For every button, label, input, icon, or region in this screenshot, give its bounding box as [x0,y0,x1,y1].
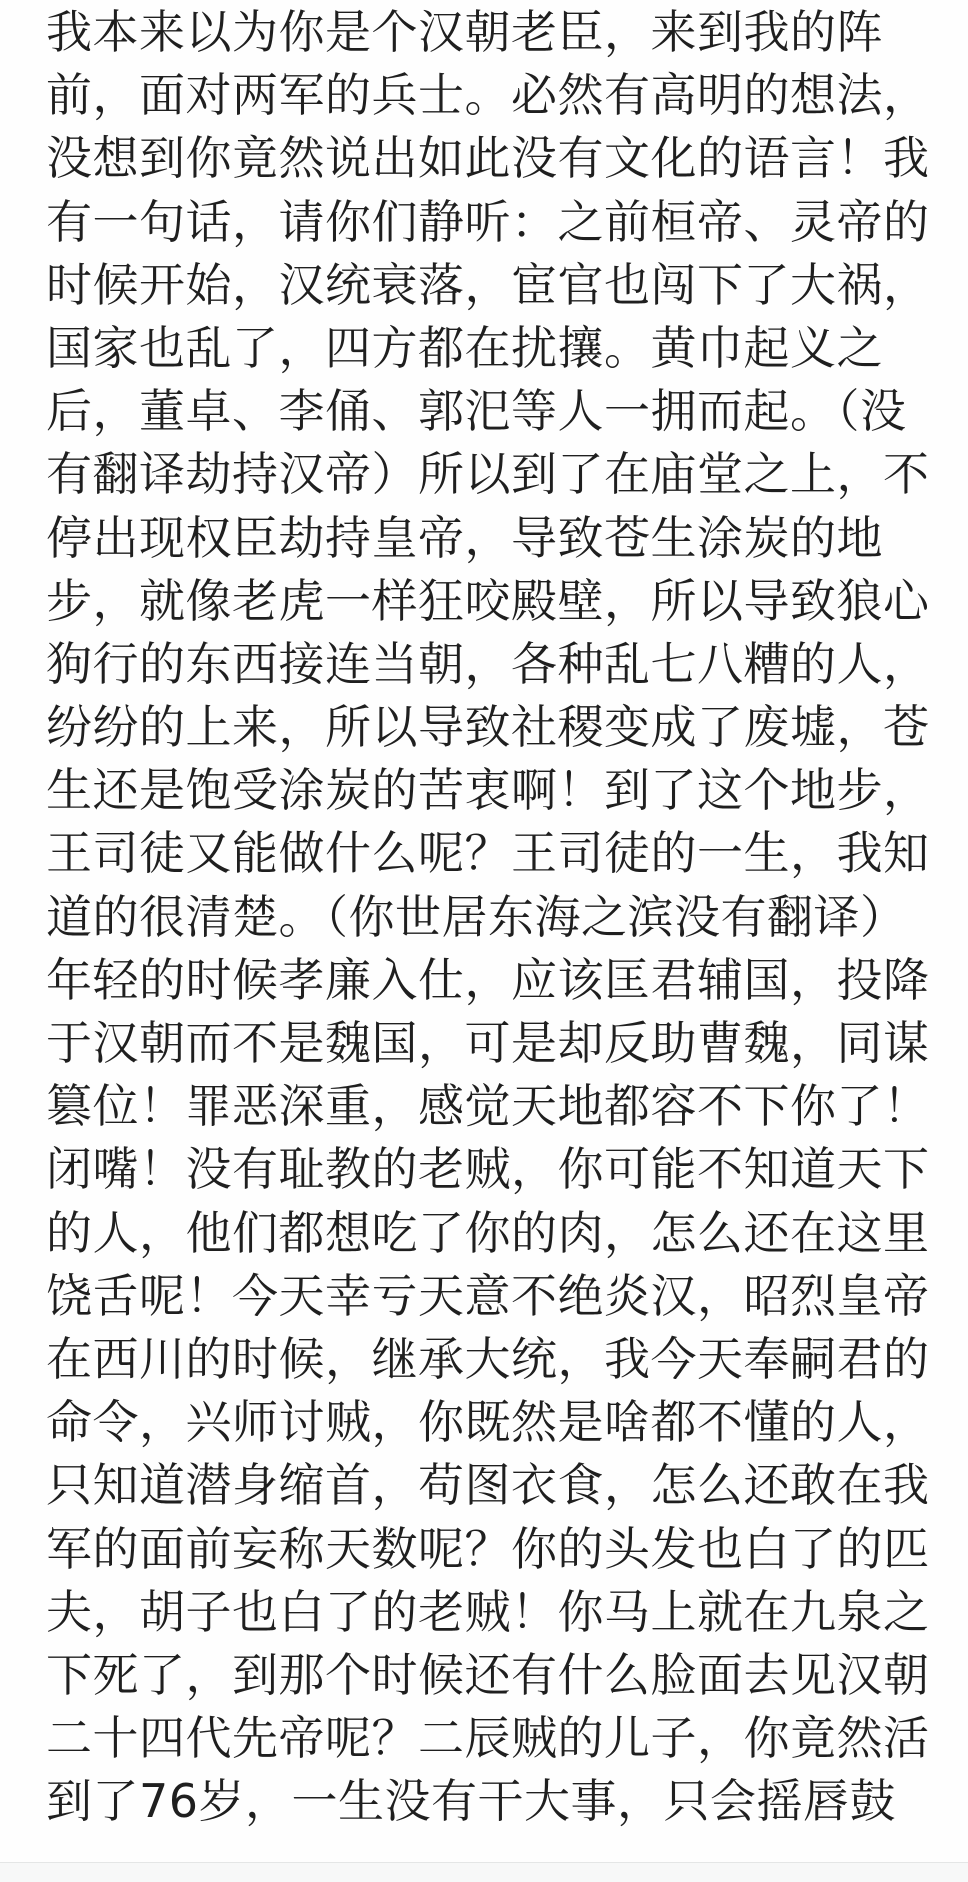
text-line-10: 步，就像老虎一样狂咬殿壁，所以导致狼心 [46,570,938,633]
text-line-16: 年轻的时候孝廉入仕，应该匡君辅国，投降 [46,949,938,1012]
text-line-27: 下死了，到那个时候还有什么脸面去见汉朝 [46,1644,938,1707]
text-line-12: 纷纷的上来，所以导致社稷变成了废墟，苍 [46,696,938,759]
text-page: 我本来以为你是个汉朝老臣，来到我的阵 前，面对两军的兵士。必然有高明的想法， 没… [0,0,968,1882]
text-line-28: 二十四代先帝呢？二辰贼的儿子，你竟然活 [46,1707,938,1770]
text-line-7: 后，董卓、李俑、郭汜等人一拥而起。（没 [46,380,938,443]
text-line-15: 道的很清楚。（你世居东海之滨没有翻译） [46,886,938,949]
text-line-29: 到了76岁，一生没有干大事，只会摇唇鼓 [46,1770,938,1833]
text-line-3: 没想到你竟然说出如此没有文化的语言！我 [46,127,938,190]
text-line-18: 篡位！罪恶深重，感觉天地都容不下你了！ [46,1075,938,1138]
text-line-17: 于汉朝而不是魏国，可是却反助曹魏，同谋 [46,1012,938,1075]
text-line-24: 只知道潜身缩首，苟图衣食，怎么还敢在我 [46,1454,938,1517]
text-line-14: 王司徒又能做什么呢？王司徒的一生，我知 [46,822,938,885]
text-line-13: 生还是饱受涂炭的苦衷啊！到了这个地步， [46,759,938,822]
text-line-2: 前，面对两军的兵士。必然有高明的想法， [46,64,938,127]
text-line-19: 闭嘴！没有耻教的老贼，你可能不知道天下 [46,1138,938,1201]
text-line-8: 有翻译劫持汉帝）所以到了在庙堂之上，不 [46,443,938,506]
text-line-23: 命令，兴师讨贼，你既然是啥都不懂的人， [46,1391,938,1454]
text-line-25: 军的面前妄称天数呢？你的头发也白了的匹 [46,1518,938,1581]
text-line-11: 狗行的东西接连当朝，各种乱七八糟的人， [46,633,938,696]
text-line-26: 夫，胡子也白了的老贼！你马上就在九泉之 [46,1581,938,1644]
text-line-21: 饶舌呢！今天幸亏天意不绝炎汉，昭烈皇帝 [46,1265,938,1328]
text-line-1: 我本来以为你是个汉朝老臣，来到我的阵 [46,1,938,64]
text-line-4: 有一句话，请你们静听：之前桓帝、灵帝的 [46,191,938,254]
text-line-20: 的人，他们都想吃了你的肉，怎么还在这里 [46,1202,938,1265]
text-line-6: 国家也乱了，四方都在扰攘。黄巾起义之 [46,317,938,380]
bottom-divider [0,1862,968,1882]
text-line-5: 时候开始，汉统衰落，宦官也闯下了大祸， [46,254,938,317]
paragraph-text: 我本来以为你是个汉朝老臣，来到我的阵 前，面对两军的兵士。必然有高明的想法， 没… [46,1,938,1833]
text-line-22: 在西川的时候，继承大统，我今天奉嗣君的 [46,1328,938,1391]
text-line-9: 停出现权臣劫持皇帝，导致苍生涂炭的地 [46,507,938,570]
